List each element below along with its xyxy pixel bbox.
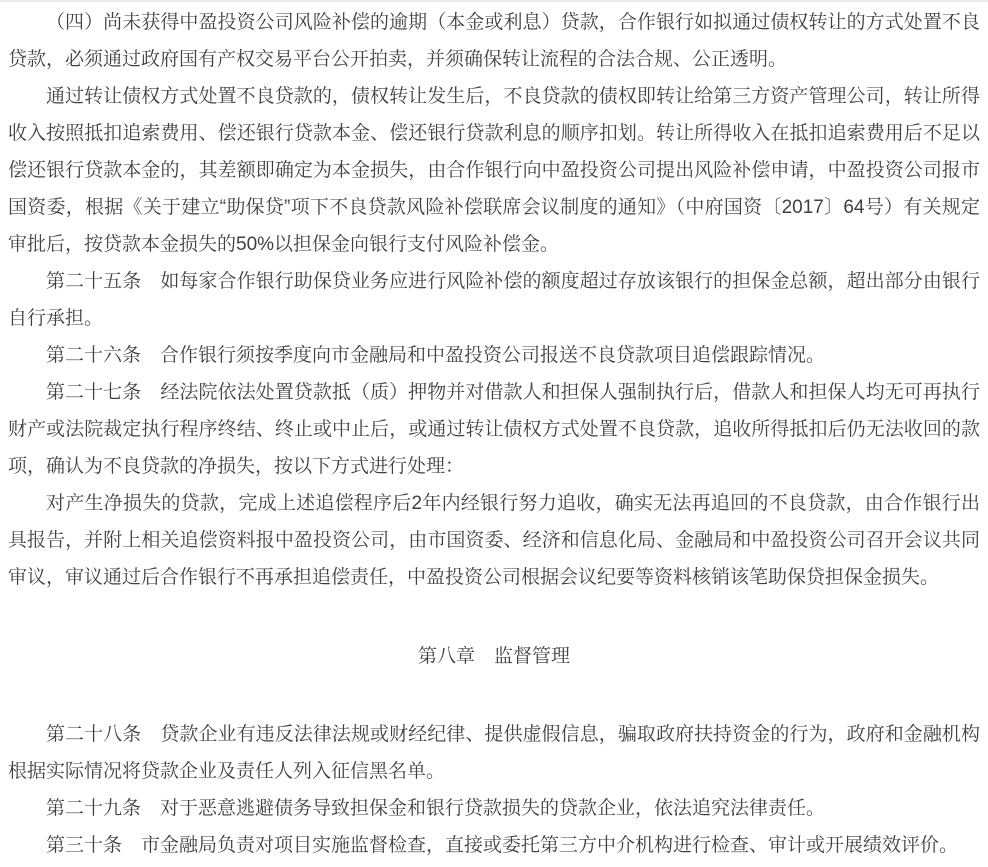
article-28-paragraph: 第二十八条 贷款企业有违反法律法规或财经纪律、提供虚假信息，骗取政府扶持资金的行… <box>8 716 980 790</box>
article-27-paragraph: 第二十七条 经法院依法处置贷款抵（质）押物并对借款人和担保人强制执行后，借款人和… <box>8 374 980 485</box>
net-loss-handling-paragraph: 对产生净损失的贷款，完成上述追偿程序后2年内经银行努力追收，确实无法再追回的不良… <box>8 485 980 596</box>
article-25-paragraph: 第二十五条 如每家合作银行助保贷业务应进行风险补偿的额度超过存放该银行的担保金总… <box>8 263 980 337</box>
article-30-paragraph: 第三十条 市金融局负责对项目实施监督检查，直接或委托第三方中介机构进行检查、审计… <box>8 827 980 864</box>
article-29-paragraph: 第二十九条 对于恶意逃避债务导致担保金和银行贷款损失的贷款企业，依法追究法律责任… <box>8 790 980 827</box>
debt-transfer-procedure-paragraph: 通过转让债权方式处置不良贷款的，债权转让发生后，不良贷款的债权即转让给第三方资产… <box>8 78 980 263</box>
article-26-paragraph: 第二十六条 合作银行须按季度向市金融局和中盈投资公司报送不良贷款项目追偿跟踪情况… <box>8 337 980 374</box>
document-page: （四）尚未获得中盈投资公司风险补偿的逾期（本金或利息）贷款，合作银行如拟通过债权… <box>0 0 988 867</box>
chapter-8-heading: 第八章 监督管理 <box>8 638 980 675</box>
clause-4-nonperforming-loan-paragraph: （四）尚未获得中盈投资公司风险补偿的逾期（本金或利息）贷款，合作银行如拟通过债权… <box>8 4 980 78</box>
